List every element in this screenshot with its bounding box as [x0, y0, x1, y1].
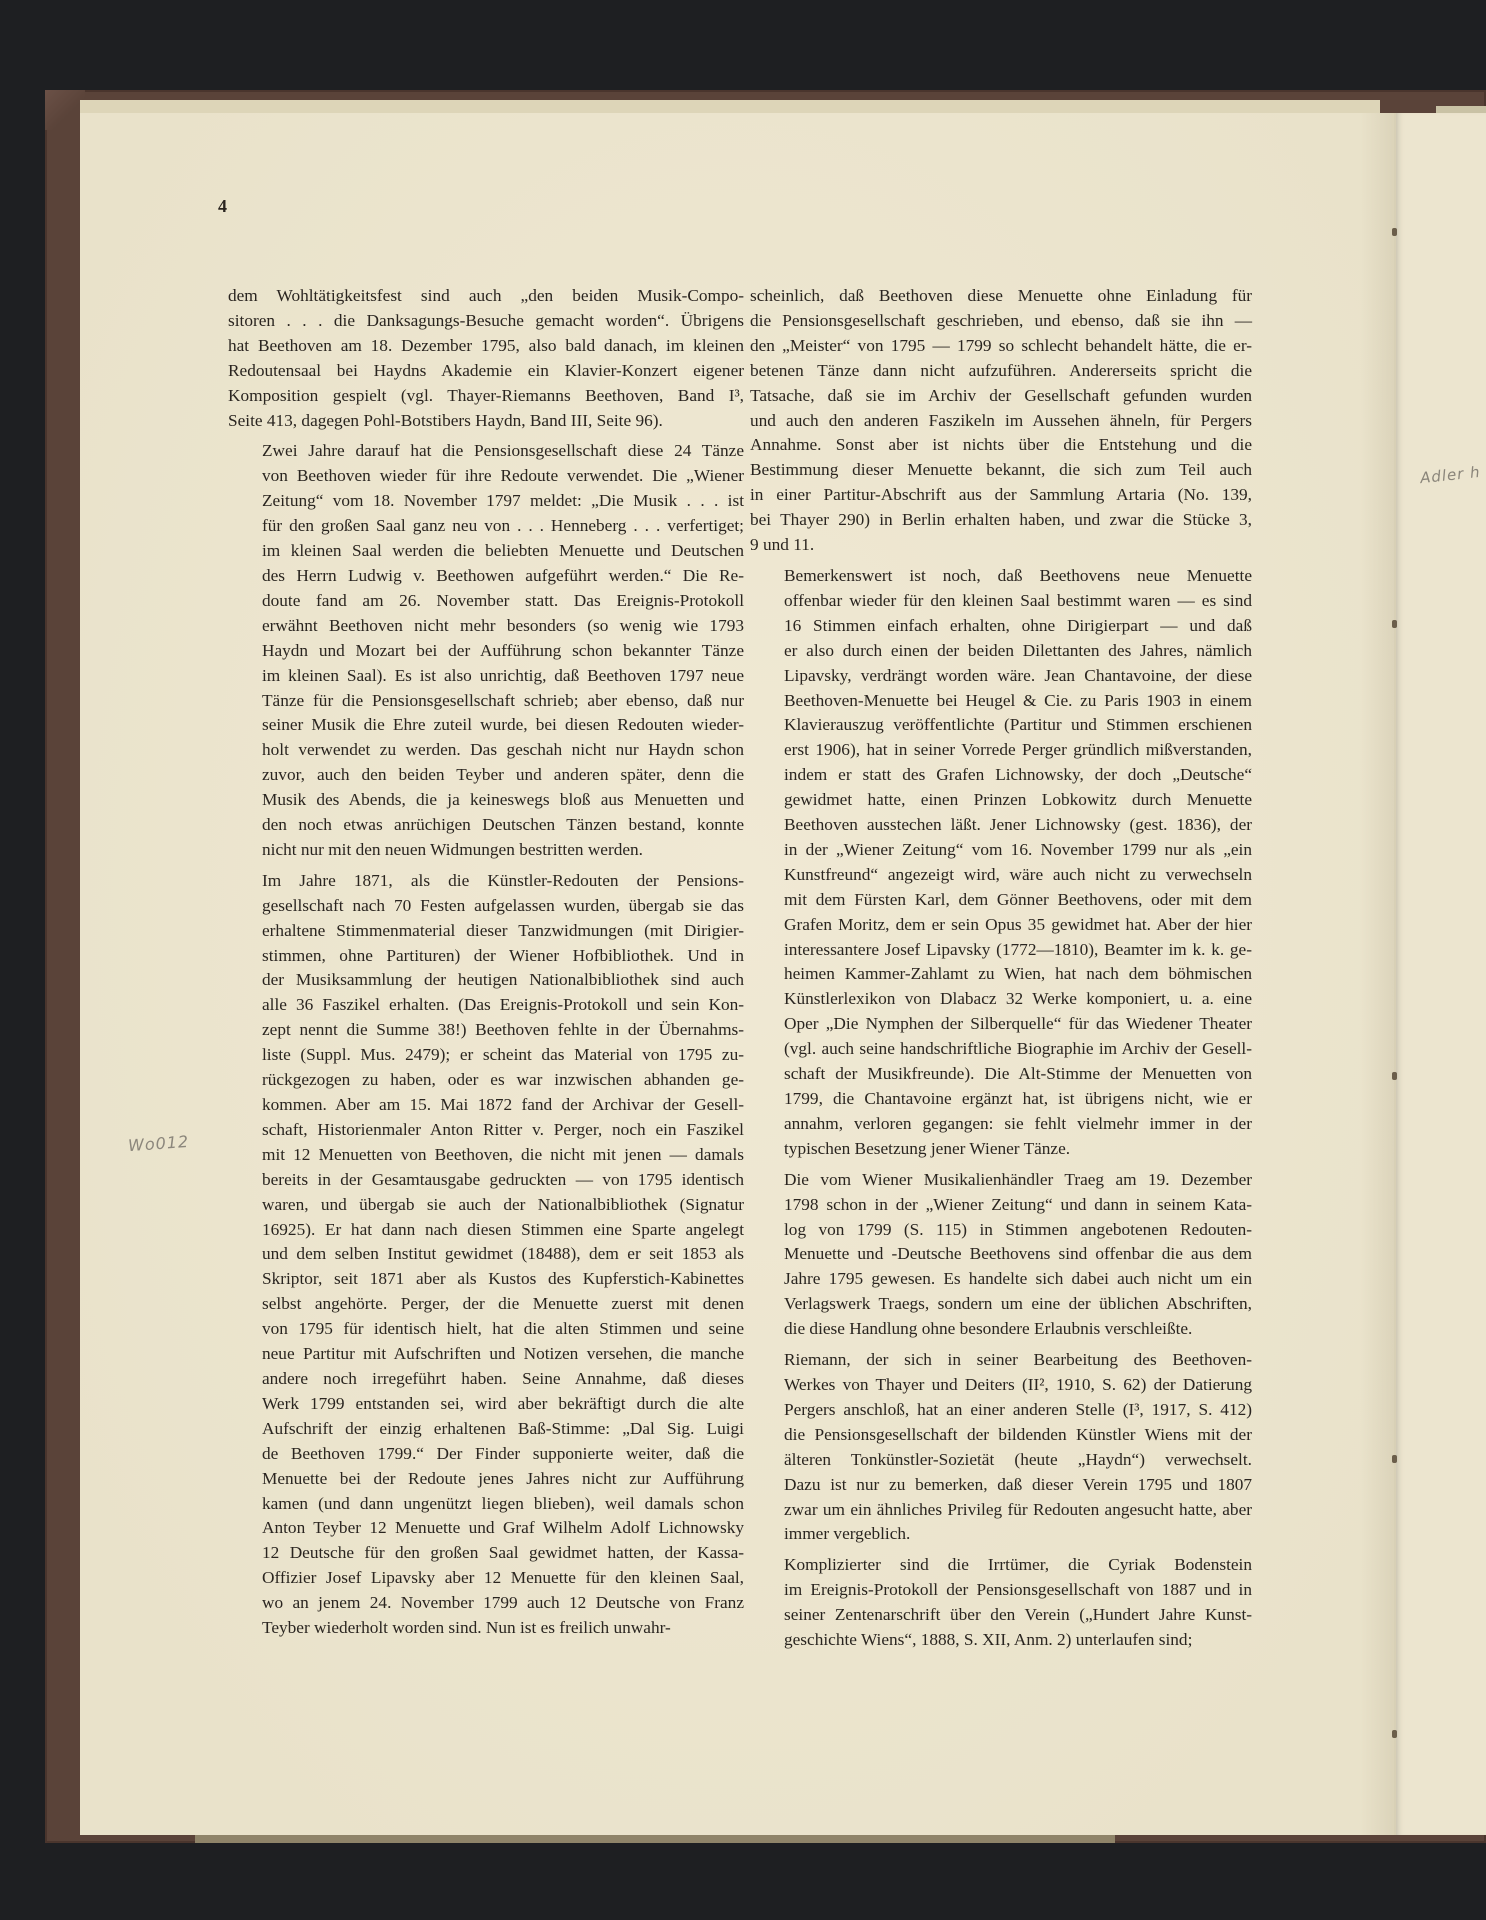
- binding-stitch: [1392, 1072, 1397, 1080]
- text-line: immer vergeblich.: [750, 1522, 1252, 1547]
- text-line: Seite 413, dagegen Pohl-Botstibers Haydn…: [228, 409, 744, 434]
- text-line: dem Wohltätigkeitsfest sind auch „den be…: [228, 284, 744, 309]
- text-line: neue Partitur mit Aufschriften und Notiz…: [228, 1342, 744, 1367]
- text-line: 1798 schon in der „Wiener Zeitung“ und d…: [750, 1193, 1252, 1218]
- text-line: Grafen Moritz, dem er sein Opus 35 gewid…: [750, 913, 1252, 938]
- text-line: Werk 1799 entstanden sei, wird aber bekr…: [228, 1392, 744, 1417]
- text-line: Verlagswerk Traegs, sondern um eine der …: [750, 1292, 1252, 1317]
- text-line: Annahme. Sonst aber ist nichts über die …: [750, 433, 1252, 458]
- binding-stitch: [1392, 1730, 1397, 1738]
- text-line: wo an jenem 24. November 1799 auch 12 De…: [228, 1591, 744, 1616]
- text-line: scheinlich, daß Beethoven diese Menuette…: [750, 284, 1252, 309]
- text-line: erwähnt Beethoven nicht mehr besonders (…: [228, 614, 744, 639]
- text-line: schaft der Musikfreunde). Die Alt-Stimme…: [750, 1062, 1252, 1087]
- text-line: Beethoven ausstechen läßt. Jener Lichnow…: [750, 813, 1252, 838]
- paragraph: Riemann, der sich in seiner Bearbeitung …: [750, 1348, 1252, 1547]
- text-column-right: scheinlich, daß Beethoven diese Menuette…: [750, 284, 1252, 1659]
- text-line: rückgezogen zu haben, oder es war inzwis…: [228, 1068, 744, 1093]
- text-line: indem er statt des Grafen Lichnowsky, de…: [750, 763, 1252, 788]
- paragraph: Komplizierter sind die Irrtümer, die Cyr…: [750, 1553, 1252, 1653]
- text-line: Menuette und -Deutsche Beethovens sind o…: [750, 1242, 1252, 1267]
- text-line: gesellschaft nach 70 Festen aufgelassen …: [228, 894, 744, 919]
- text-line: alle 36 Faszikel erhalten. (Das Ereignis…: [228, 993, 744, 1018]
- text-line: im Ereignis-Protokoll der Pensionsgesell…: [750, 1578, 1252, 1603]
- text-line: Bemerkenswert ist noch, daß Beethovens n…: [750, 564, 1252, 589]
- text-line: 9 und 11.: [750, 533, 1252, 558]
- text-line: Redoutensaal bei Haydns Akademie ein Kla…: [228, 359, 744, 384]
- text-line: für den großen Saal ganz neu von . . . H…: [228, 514, 744, 539]
- text-line: Kunstfreund“ angezeigt wird, wäre auch n…: [750, 863, 1252, 888]
- text-line: stimmen, ohne Partituren) der Wiener Hof…: [228, 944, 744, 969]
- text-line: doute fand am 26. November statt. Das Er…: [228, 589, 744, 614]
- text-line: (vgl. auch seine handschriftliche Biogra…: [750, 1037, 1252, 1062]
- text-line: Künstlerlexikon von Dlabacz 32 Werke kom…: [750, 987, 1252, 1012]
- text-line: der Musiksammlung der heutigen Nationalb…: [228, 968, 744, 993]
- text-line: kommen. Aber am 15. Mai 1872 fand der Ar…: [228, 1093, 744, 1118]
- text-line: geschichte Wiens“, 1888, S. XII, Anm. 2)…: [750, 1628, 1252, 1653]
- text-line: älteren Tonkünstler-Sozietät (heute „Hay…: [750, 1448, 1252, 1473]
- text-line: 1799, die Chantavoine ergänzt hat, ist ü…: [750, 1087, 1252, 1112]
- text-line: Dazu ist nur zu bemerken, daß dieser Ver…: [750, 1473, 1252, 1498]
- text-line: 16 Stimmen einfach erhalten, ohne Dirigi…: [750, 614, 1252, 639]
- text-line: die Pensionsgesellschaft der bildenden K…: [750, 1423, 1252, 1448]
- text-line: zept nennt die Summe 38!) Beethoven fehl…: [228, 1018, 744, 1043]
- text-line: erhaltene Stimmenmaterial dieser Tanzwid…: [228, 919, 744, 944]
- text-line: schaft, Historienmaler Anton Ritter v. P…: [228, 1118, 744, 1143]
- text-line: Aufschrift der einzig erhaltenen Baß-Sti…: [228, 1417, 744, 1442]
- text-line: selbst angehörte. Perger, der die Menuet…: [228, 1292, 744, 1317]
- text-line: und dem selben Institut gewidmet (18488)…: [228, 1242, 744, 1267]
- text-line: erst 1906), hat in seiner Vorrede Perger…: [750, 738, 1252, 763]
- text-line: Anton Teyber 12 Menuette und Graf Wilhel…: [228, 1516, 744, 1541]
- text-line: Komplizierter sind die Irrtümer, die Cyr…: [750, 1553, 1252, 1578]
- paragraph: Bemerkenswert ist noch, daß Beethovens n…: [750, 564, 1252, 1162]
- text-line: Komposition gespielt (vgl. Thayer-Rieman…: [228, 384, 744, 409]
- text-line: sitoren . . . die Danksagungs-Besuche ge…: [228, 309, 744, 334]
- text-line: Menuette bei der Redoute jenes Jahres ni…: [228, 1467, 744, 1492]
- text-line: offenbar wieder für den kleinen Saal bes…: [750, 589, 1252, 614]
- text-line: in einer Partitur-Abschrift aus der Samm…: [750, 483, 1252, 508]
- text-line: nicht nur mit den neuen Widmungen bestri…: [228, 838, 744, 863]
- text-line: bereits in der Gesamtausgabe gedruckten …: [228, 1168, 744, 1193]
- text-line: annahm, verloren gegangen: sie fehlt vie…: [750, 1112, 1252, 1137]
- text-line: interessantere Josef Lipavsky (1772—1810…: [750, 938, 1252, 963]
- text-line: Offizier Josef Lipavsky aber 12 Menuette…: [228, 1566, 744, 1591]
- text-line: Riemann, der sich in seiner Bearbeitung …: [750, 1348, 1252, 1373]
- paragraph: Zwei Jahre darauf hat die Pensionsgesell…: [228, 439, 744, 862]
- text-line: Werkes von Thayer und Deiters (II², 1910…: [750, 1373, 1252, 1398]
- text-line: Im Jahre 1871, als die Künstler-Redouten…: [228, 869, 744, 894]
- text-line: Zeitung“ vom 18. November 1797 meldet: „…: [228, 489, 744, 514]
- text-line: den noch etwas anrüchigen Deutschen Tänz…: [228, 813, 744, 838]
- text-line: log von 1799 (S. 115) in Stimmen angebot…: [750, 1218, 1252, 1243]
- text-line: zwar um ein ähnliches Privileg für Redou…: [750, 1498, 1252, 1523]
- paragraph: dem Wohltätigkeitsfest sind auch „den be…: [228, 284, 744, 433]
- text-line: Die vom Wiener Musikalienhändler Traeg a…: [750, 1168, 1252, 1193]
- text-line: Tatsache, daß sie im Archiv der Gesellsc…: [750, 384, 1252, 409]
- text-line: zuvor, auch den beiden Teyber und andere…: [228, 763, 744, 788]
- text-line: seiner Musik die Ehre zuteil wurde, bei …: [228, 713, 744, 738]
- text-line: betenen Tänze dann nicht aufzuführen. An…: [750, 359, 1252, 384]
- text-line: und auch den anderen Faszikeln im Ausseh…: [750, 409, 1252, 434]
- text-line: die diese Handlung ohne besondere Erlaub…: [750, 1317, 1252, 1342]
- binding-stitch: [1392, 228, 1397, 236]
- text-line: Zwei Jahre darauf hat die Pensionsgesell…: [228, 439, 744, 464]
- text-line: den „Meister“ von 1795 — 1799 so schlech…: [750, 334, 1252, 359]
- text-line: bei Thayer 290) in Berlin erhalten haben…: [750, 508, 1252, 533]
- text-line: Tänze für die Pensionsgesellschaft schri…: [228, 689, 744, 714]
- text-line: kamen (und dann ungenützt liegen blieben…: [228, 1492, 744, 1517]
- gutter-shadow: [1360, 113, 1394, 1835]
- text-line: er also durch einen der beiden Dilettant…: [750, 639, 1252, 664]
- text-line: mit 12 Menuetten von Beethoven, die nich…: [228, 1143, 744, 1168]
- text-line: holt verwendet zu werden. Das geschah ni…: [228, 738, 744, 763]
- text-line: mit dem Fürsten Karl, dem Gönner Beethov…: [750, 888, 1252, 913]
- text-line: Teyber wiederholt worden sind. Nun ist e…: [228, 1616, 744, 1641]
- text-line: Jahre 1795 gewesen. Es handelte sich dab…: [750, 1267, 1252, 1292]
- text-line: liste (Suppl. Mus. 2479); er scheint das…: [228, 1043, 744, 1068]
- paragraph: Im Jahre 1871, als die Künstler-Redouten…: [228, 869, 744, 1641]
- text-line: von 1795 für identisch hielt, hat die al…: [228, 1317, 744, 1342]
- text-line: Pergers anschloß, hat an einer anderen S…: [750, 1398, 1252, 1423]
- text-line: heimen Kammer-Zahlamt zu Wien, hat nach …: [750, 962, 1252, 987]
- text-line: typischen Besetzung jener Wiener Tänze.: [750, 1137, 1252, 1162]
- text-line: Musik des Abends, die ja keineswegs bloß…: [228, 788, 744, 813]
- paragraph: scheinlich, daß Beethoven diese Menuette…: [750, 284, 1252, 558]
- next-page-edge: [1394, 113, 1486, 1835]
- text-line: des Herrn Ludwig v. Beethowen aufgeführt…: [228, 564, 744, 589]
- text-column-left: dem Wohltätigkeitsfest sind auch „den be…: [228, 284, 744, 1647]
- text-line: Oper „Die Nymphen der Silberquelle“ für …: [750, 1012, 1252, 1037]
- paragraph: Die vom Wiener Musikalienhändler Traeg a…: [750, 1168, 1252, 1342]
- text-line: waren, und übergab sie auch der National…: [228, 1193, 744, 1218]
- text-line: 12 Deutsche für den großen Saal gewidmet…: [228, 1541, 744, 1566]
- binding-corner: [45, 90, 85, 130]
- text-line: seiner Zentenarschrift über den Verein (…: [750, 1603, 1252, 1628]
- text-line: gewidmet hatte, einen Prinzen Lobkowitz …: [750, 788, 1252, 813]
- binding-stitch: [1392, 620, 1397, 628]
- text-line: Skriptor, seit 1871 aber als Kustos des …: [228, 1267, 744, 1292]
- text-line: im kleinen Saal werden die beliebten Men…: [228, 539, 744, 564]
- text-line: Beethoven-Menuette bei Heugel & Cie. zu …: [750, 689, 1252, 714]
- text-line: von Beethoven wieder für ihre Redoute ve…: [228, 464, 744, 489]
- text-line: Bestimmung dieser Menuette bekannt, die …: [750, 458, 1252, 483]
- text-line: Klavierauszug veröffentlichte (Partitur …: [750, 713, 1252, 738]
- page-number: 4: [218, 196, 227, 217]
- text-line: hat Beethoven am 18. Dezember 1795, also…: [228, 334, 744, 359]
- text-line: im kleinen Saal). Es ist also unrichtig,…: [228, 664, 744, 689]
- text-line: in der „Wiener Zeitung“ vom 16. November…: [750, 838, 1252, 863]
- text-line: andere noch irregeführt haben. Seine Ann…: [228, 1367, 744, 1392]
- text-line: de Beethoven 1799.“ Der Finder supponier…: [228, 1442, 744, 1467]
- text-line: 16925). Er hat dann nach diesen Stimmen …: [228, 1218, 744, 1243]
- binding-stitch: [1392, 1455, 1397, 1463]
- text-line: Haydn und Mozart bei der Aufführung scho…: [228, 639, 744, 664]
- text-line: die Pensionsgesellschaft geschrieben, un…: [750, 309, 1252, 334]
- text-line: Lipavsky, verdrängt worden wäre. Jean Ch…: [750, 664, 1252, 689]
